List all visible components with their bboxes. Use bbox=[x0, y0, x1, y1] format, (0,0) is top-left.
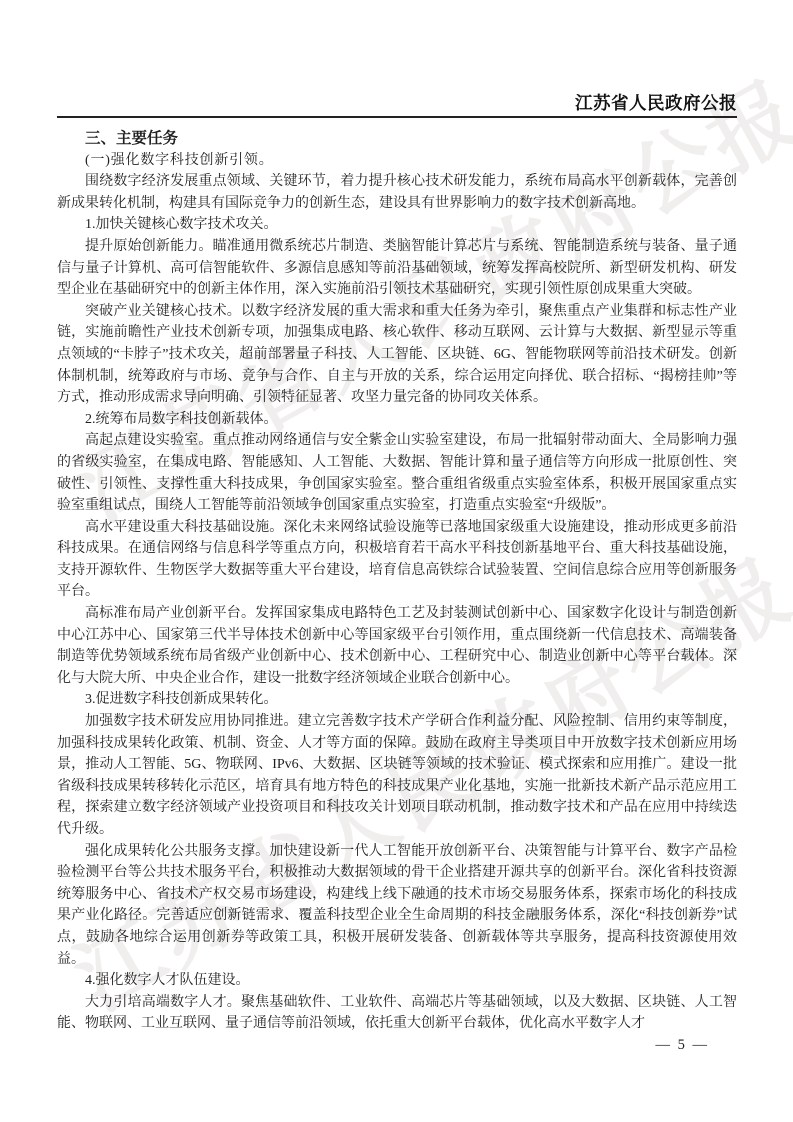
subsection-heading-kai: (一)强化数字科技创新引领。 bbox=[57, 150, 737, 172]
masthead-title: 江苏省人民政府公报 bbox=[575, 90, 737, 115]
gazette-page: 江苏省人民政府公报 江苏省人民政府公报 江苏省人民政府公报 三、主要任务 (一)… bbox=[0, 0, 793, 1122]
header-rule bbox=[57, 116, 737, 118]
numbered-heading: 2.统筹布局数字科技创新载体。 bbox=[57, 409, 737, 431]
paragraph: 高水平建设重大科技基础设施。深化未来网络试验设施等已落地国家级重大设施建设，推动… bbox=[57, 517, 737, 603]
numbered-heading: 4.强化数字人才队伍建设。 bbox=[57, 970, 737, 992]
document-body: 三、主要任务 (一)强化数字科技创新引领。 围绕数字经济发展重点领域、关键环节，… bbox=[57, 128, 737, 1035]
paragraph: 突破产业关键核心技术。以数字经济发展的重大需求和重大任务为牵引，聚焦重点产业集群… bbox=[57, 301, 737, 409]
paragraph: 围绕数字经济发展重点领域、关键环节，着力提升核心技术研发能力，系统布局高水平创新… bbox=[57, 171, 737, 214]
paragraph: 高起点建设实验室。重点推动网络通信与安全紫金山实验室建设，布局一批辐射带动面大、… bbox=[57, 430, 737, 516]
paragraph: 加强数字技术研发应用协同推进。建立完善数字技术产学研合作利益分配、风险控制、信用… bbox=[57, 711, 737, 841]
paragraph: 提升原始创新能力。瞄准通用微系统芯片制造、类脑智能计算芯片与系统、智能制造系统与… bbox=[57, 236, 737, 301]
paragraph: 强化成果转化公共服务支撑。加快建设新一代人工智能开放创新平台、决策智能与计算平台… bbox=[57, 841, 737, 971]
numbered-heading: 3.促进数字科技创新成果转化。 bbox=[57, 689, 737, 711]
numbered-heading: 1.加快关键核心数字技术攻关。 bbox=[57, 214, 737, 236]
page-number: — 5 — bbox=[656, 1037, 710, 1054]
paragraph: 高标准布局产业创新平台。发挥国家集成电路特色工艺及封装测试创新中心、国家数字化设… bbox=[57, 603, 737, 689]
section-heading: 三、主要任务 bbox=[57, 128, 737, 150]
paragraph: 大力引培高端数字人才。聚焦基础软件、工业软件、高端芯片等基础领域，以及大数据、区… bbox=[57, 992, 737, 1035]
